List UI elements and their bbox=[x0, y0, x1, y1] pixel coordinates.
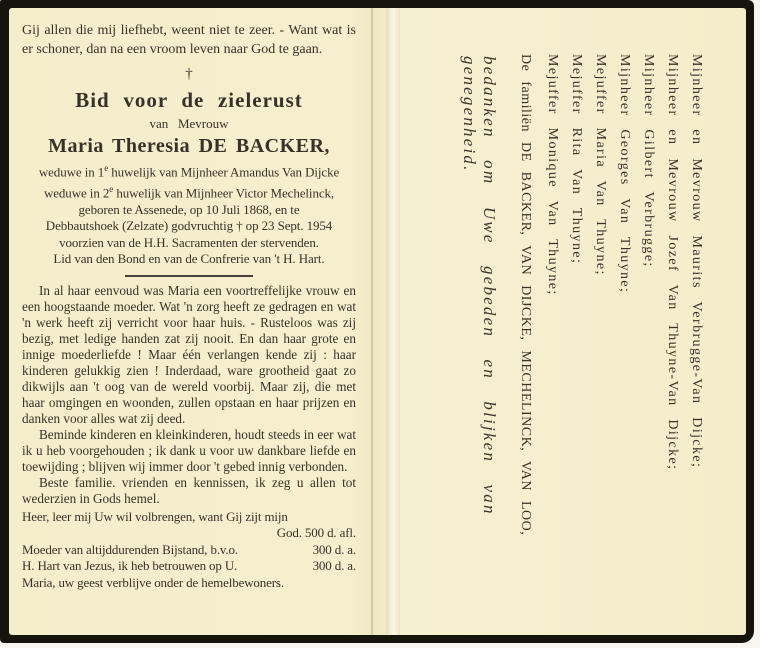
mourner-line: Mijnheer Georges Van Thuyne; bbox=[612, 54, 636, 642]
scanned-memorial-card-page: Gij allen die mij liefhebt, weent niet t… bbox=[0, 0, 760, 648]
prayer-line-2: Moeder van altijddurenden Bijstand, b.v.… bbox=[22, 542, 356, 559]
mourners-list: Mijnheer en Mevrouw Maurits Verbrugge-Va… bbox=[513, 54, 708, 642]
memorial-card: Gij allen die mij liefhebt, weent niet t… bbox=[9, 8, 746, 635]
mourner-line: Mijnheer en Mevrouw Jozef Van Thuyne-Van… bbox=[660, 54, 684, 642]
mourner-line: Mejuffer Rita Van Thuyne; bbox=[564, 54, 588, 642]
left-panel: Gij allen die mij liefhebt, weent niet t… bbox=[22, 16, 356, 591]
prayer-line-2-text: Moeder van altijddurenden Bijstand, b.v.… bbox=[22, 542, 238, 559]
fold-crease bbox=[371, 8, 373, 635]
cross-symbol: † bbox=[22, 66, 356, 83]
prayer-line-1-indulgence: God. 500 d. afl. bbox=[22, 525, 356, 542]
prayer-title: Bid voor de zielerust bbox=[22, 88, 356, 113]
opening-quote: Gij allen die mij liefhebt, weent niet t… bbox=[22, 22, 356, 59]
thanks-line: bedanken om Uwe gebeden en blijken van g… bbox=[459, 56, 499, 626]
mourner-line: Mijnheer Gilbert Verbrugge; bbox=[636, 54, 660, 642]
prayer-line-3-indulgence: 300 d. a. bbox=[313, 558, 356, 575]
mourner-line: Mejuffer Monique Van Thuyne; bbox=[540, 54, 564, 642]
biography-details: weduwe in 1e huwelijk van Mijnheer Amand… bbox=[22, 160, 356, 268]
honorific: van Mevrouw bbox=[22, 116, 356, 132]
mourner-line: Mijnheer en Mevrouw Maurits Verbrugge-Va… bbox=[684, 54, 708, 642]
detail-line-membership: Lid van den Bond en van de Confrerie van… bbox=[22, 251, 356, 268]
eulogy-paragraph-1: In al haar eenvoud was Maria een voortre… bbox=[22, 283, 356, 427]
prayer-line-3: H. Hart van Jezus, ik heb betrouwen op U… bbox=[22, 558, 356, 575]
prayer-line-4: Maria, uw geest verblijve onder de hemel… bbox=[22, 575, 356, 592]
fold-shadow bbox=[386, 8, 400, 635]
section-divider bbox=[125, 275, 253, 277]
detail-line-marriage-1: weduwe in 1e huwelijk van Mijnheer Amand… bbox=[22, 160, 356, 181]
detail-line-birth: geboren te Assenede, op 10 Juli 1868, en… bbox=[22, 202, 356, 219]
deceased-name: Maria Theresia DE BACKER, bbox=[22, 135, 356, 158]
mourner-line-families: De familiën DE BACKER, VAN DIJCKE, MECHE… bbox=[513, 54, 537, 642]
detail-line-marriage-2: weduwe in 2e huwelijk van Mijnheer Victo… bbox=[22, 181, 356, 202]
prayer-line-1: Heer, leer mij Uw wil volbrengen, want G… bbox=[22, 509, 356, 526]
eulogy-paragraph-3: Beste familie. vrienden en kennissen, ik… bbox=[22, 475, 356, 507]
prayer-lines: Heer, leer mij Uw wil volbrengen, want G… bbox=[22, 509, 356, 592]
detail-line-sacraments: voorzien van de H.H. Sacramenten der ste… bbox=[22, 235, 356, 252]
detail-line-death: Debbautshoek (Zelzate) godvruchtig † op … bbox=[22, 218, 356, 235]
prayer-line-2-indulgence: 300 d. a. bbox=[313, 542, 356, 559]
mourner-line: Mejuffer Maria Van Thuyne; bbox=[588, 54, 612, 642]
prayer-line-3-text: H. Hart van Jezus, ik heb betrouwen op U… bbox=[22, 558, 237, 575]
eulogy-paragraph-2: Beminde kinderen en kleinkinderen, houdt… bbox=[22, 427, 356, 475]
